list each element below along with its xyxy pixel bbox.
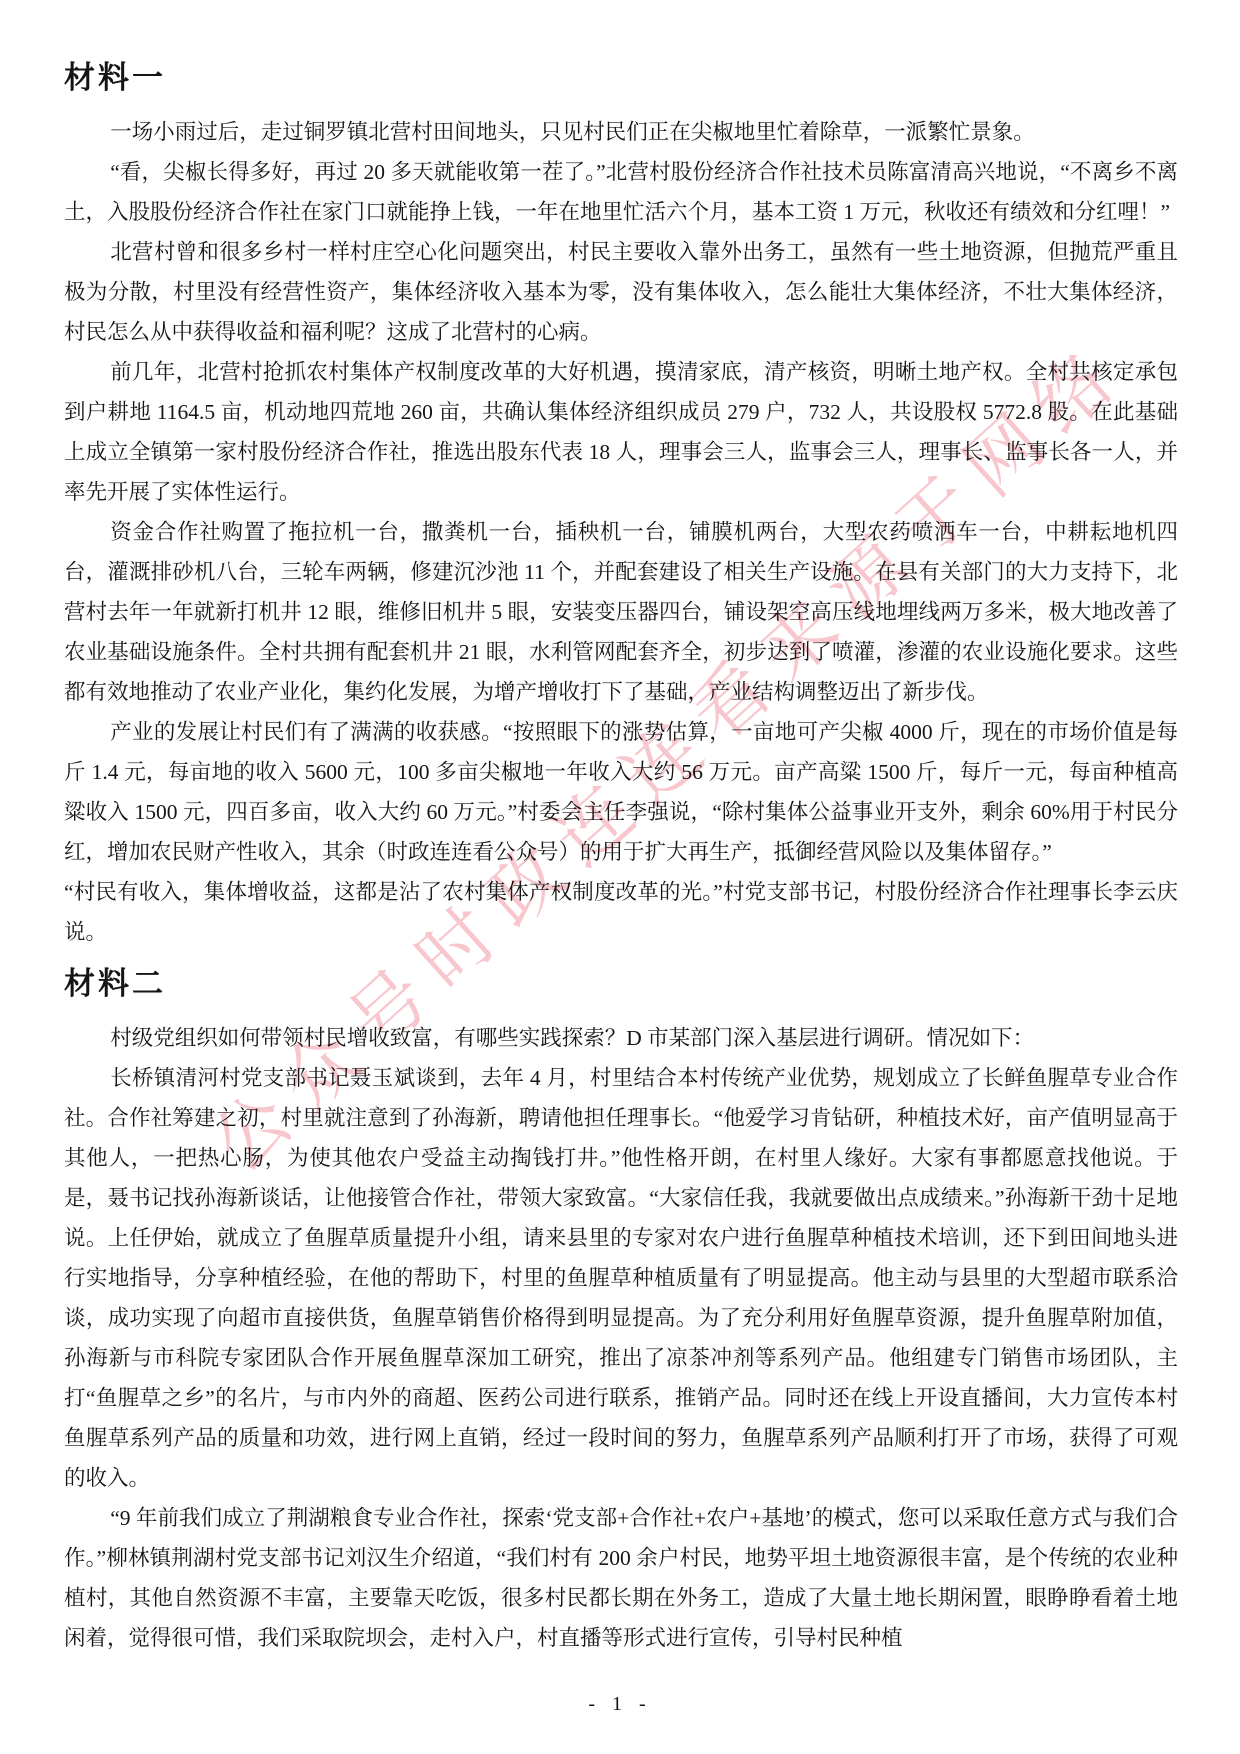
- paragraph: 前几年，北营村抢抓农村集体产权制度改革的大好机遇，摸清家底，清产核资，明晰土地产…: [64, 352, 1178, 512]
- paragraph: 北营村曾和很多乡村一样村庄空心化问题突出，村民主要收入靠外出务工，虽然有一些土地…: [64, 232, 1178, 352]
- section-heading-material-1: 材料一: [64, 56, 1178, 100]
- page-content: 材料一 一场小雨过后，走过铜罗镇北营村田间地头，只见村民们正在尖椒地里忙着除草，…: [64, 56, 1178, 1658]
- document-page: 公众号时政连连看来源于网络 材料一 一场小雨过后，走过铜罗镇北营村田间地头，只见…: [0, 0, 1240, 1754]
- page-number: - 1 -: [0, 1693, 1240, 1716]
- paragraph: 资金合作社购置了拖拉机一台，撒粪机一台，插秧机一台，铺膜机两台，大型农药喷洒车一…: [64, 512, 1178, 712]
- section-heading-material-2: 材料二: [64, 962, 1178, 1006]
- section-material-1: 材料一 一场小雨过后，走过铜罗镇北营村田间地头，只见村民们正在尖椒地里忙着除草，…: [64, 56, 1178, 952]
- paragraph: “9 年前我们成立了荆湖粮食专业合作社，探索‘党支部+合作社+农户+基地’的模式…: [64, 1498, 1178, 1658]
- section-material-2: 材料二 村级党组织如何带领村民增收致富，有哪些实践探索？D 市某部门深入基层进行…: [64, 962, 1178, 1658]
- paragraph: 村级党组织如何带领村民增收致富，有哪些实践探索？D 市某部门深入基层进行调研。情…: [64, 1018, 1178, 1058]
- paragraph: 长桥镇清河村党支部书记聂玉斌谈到，去年 4 月，村里结合本村传统产业优势，规划成…: [64, 1058, 1178, 1498]
- paragraph: “村民有收入，集体增收益，这都是沾了农村集体产权制度改革的光。”村党支部书记，村…: [64, 872, 1178, 952]
- paragraph: 产业的发展让村民们有了满满的收获感。“按照眼下的涨势估算，一亩地可产尖椒 400…: [64, 712, 1178, 872]
- paragraph: 一场小雨过后，走过铜罗镇北营村田间地头，只见村民们正在尖椒地里忙着除草，一派繁忙…: [64, 112, 1178, 152]
- paragraph: “看，尖椒长得多好，再过 20 多天就能收第一茬了。”北营村股份经济合作社技术员…: [64, 152, 1178, 232]
